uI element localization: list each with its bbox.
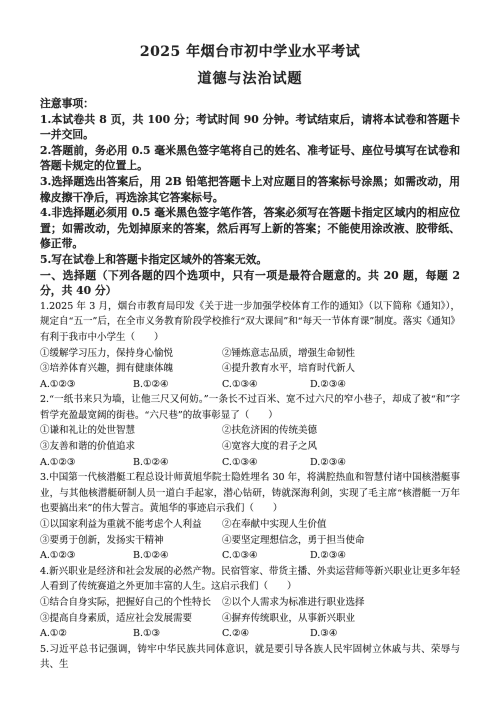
- answer-choice-a: A.①②: [40, 626, 133, 642]
- option-item: ②在奉献中实现人生价值: [222, 517, 460, 533]
- option-item: ①谦和礼让的处世智慧: [40, 423, 222, 439]
- notice-item-4: 4.非选择题必须用 0.5 毫米黑色签字笔作答，答案必须写在答题卡指定区域内的相…: [40, 205, 460, 252]
- answer-choice-c: C.①③④: [222, 455, 310, 471]
- exam-title: 2025 年烟台市初中学业水平考试: [40, 44, 460, 60]
- question-options: ①结合自身实际，把握好自己的个性特长 ②以个人需求为标准进行职业选择 ③提高自身…: [40, 595, 460, 626]
- answer-choices: A.①② B.①③ C.②④ D.③④: [40, 626, 460, 642]
- notice-heading: 注意事项：: [40, 96, 460, 112]
- option-item: ③提高自身素质，适应社会发展需要: [40, 611, 222, 627]
- notice-item-3: 3.选择题选出答案后，用 2B 铅笔把答题卡上对应题目的答案标号涂黑；如需改动，…: [40, 174, 460, 205]
- answer-choices: A.①②③ B.①②④ C.①③④ D.②③④: [40, 455, 460, 471]
- exam-paper-page: 2025 年烟台市初中学业水平考试 道德与法治试题 注意事项： 1.本试卷共 8…: [0, 0, 500, 707]
- answer-choice-b: B.①②④: [133, 548, 222, 564]
- exam-subtitle: 道德与法治试题: [40, 71, 460, 87]
- answer-choice-c: C.②④: [222, 626, 310, 642]
- question-stem: 2.“一纸书来只为墙，让他三尺又何妨。”一条长不过百米、宽不过六尺的窄小巷子，却…: [40, 392, 460, 423]
- question-options: ①谦和礼让的处世智慧 ②扶危济困的传统美德 ③友善和谐的价值追求 ④宽容大度的君…: [40, 423, 460, 454]
- option-item: ①缓解学习压力，保持身心愉悦: [40, 346, 222, 362]
- question-1: 1.2025 年 3 月，烟台市教育局印发《关于进一步加强学校体育工作的通知》（…: [40, 299, 460, 393]
- option-item: ④提升教育水平，培育时代新人: [222, 361, 460, 377]
- notice-item-1: 1.本试卷共 8 页，共 100 分；考试时间 90 分钟。考试结束后，请将本试…: [40, 112, 460, 143]
- notice-section: 注意事项： 1.本试卷共 8 页，共 100 分；考试时间 90 分钟。考试结束…: [40, 96, 460, 268]
- option-item: ③培养体育兴趣，拥有健康体魄: [40, 361, 222, 377]
- answer-choice-d: D.②③④: [310, 548, 460, 564]
- option-item: ④要坚定理想信念，勇于担当使命: [222, 533, 460, 549]
- question-stem: 5.习近平总书记强调，铸牢中华民族共同体意识，就是要引导各族人民牢固树立休戚与共…: [40, 642, 460, 673]
- option-item: ①结合自身实际，把握好自己的个性特长: [40, 595, 222, 611]
- answer-choice-a: A.①②③: [40, 377, 133, 393]
- option-item: ④摒弃传统职业，从事新兴职业: [222, 611, 460, 627]
- option-item: ②扶危济困的传统美德: [222, 423, 460, 439]
- multiple-choice-section-heading: 一、选择题（下列各题的四个选项中，只有一项是最符合题意的。共 20 题，每题 2…: [40, 268, 460, 299]
- option-item: ②锤炼意志品质，增强生命韧性: [222, 346, 460, 362]
- question-2: 2.“一纸书来只为墙，让他三尺又何妨。”一条长不过百米、宽不过六尺的窄小巷子，却…: [40, 392, 460, 470]
- answer-choice-b: B.①②④: [133, 377, 222, 393]
- answer-choices: A.①②③ B.①②④ C.①③④ D.②③④: [40, 548, 460, 564]
- option-item: ③友善和谐的价值追求: [40, 439, 222, 455]
- question-5: 5.习近平总书记强调，铸牢中华民族共同体意识，就是要引导各族人民牢固树立休戚与共…: [40, 642, 460, 673]
- question-options: ①以国家利益为重就不能考虑个人利益 ②在奉献中实现人生价值 ③要勇于创新，发扬实…: [40, 517, 460, 548]
- answer-choice-a: A.①②③: [40, 548, 133, 564]
- question-stem: 3.中国第一代核潜艇工程总设计师黄旭华院士隐姓埋名 30 年，将满腔热血和智慧付…: [40, 470, 460, 517]
- answer-choice-c: C.①③④: [222, 377, 310, 393]
- notice-item-5: 5.写在试卷上和答题卡指定区域外的答案无效。: [40, 252, 460, 268]
- answer-choice-b: B.①③: [133, 626, 222, 642]
- answer-choice-d: D.②③④: [310, 377, 460, 393]
- answer-choice-d: D.③④: [310, 626, 460, 642]
- question-4: 4.新兴职业是经济和社会发展的必然产物。民宿管家、带货主播、外卖运营师等新兴职业…: [40, 564, 460, 642]
- answer-choice-b: B.①②④: [133, 455, 222, 471]
- notice-item-2: 2.答题前，务必用 0.5 毫米黑色签字笔将自己的姓名、准考证号、座位号填写在试…: [40, 143, 460, 174]
- answer-choice-d: D.②③④: [310, 455, 460, 471]
- answer-choices: A.①②③ B.①②④ C.①③④ D.②③④: [40, 377, 460, 393]
- question-stem: 1.2025 年 3 月，烟台市教育局印发《关于进一步加强学校体育工作的通知》（…: [40, 299, 460, 346]
- answer-choice-c: C.①③④: [222, 548, 310, 564]
- option-item: ②以个人需求为标准进行职业选择: [222, 595, 460, 611]
- question-stem: 4.新兴职业是经济和社会发展的必然产物。民宿管家、带货主播、外卖运营师等新兴职业…: [40, 564, 460, 595]
- option-item: ①以国家利益为重就不能考虑个人利益: [40, 517, 222, 533]
- question-options: ①缓解学习压力，保持身心愉悦 ②锤炼意志品质，增强生命韧性 ③培养体育兴趣，拥有…: [40, 346, 460, 377]
- option-item: ③要勇于创新，发扬实干精神: [40, 533, 222, 549]
- answer-choice-a: A.①②③: [40, 455, 133, 471]
- question-3: 3.中国第一代核潜艇工程总设计师黄旭华院士隐姓埋名 30 年，将满腔热血和智慧付…: [40, 470, 460, 564]
- option-item: ④宽容大度的君子之风: [222, 439, 460, 455]
